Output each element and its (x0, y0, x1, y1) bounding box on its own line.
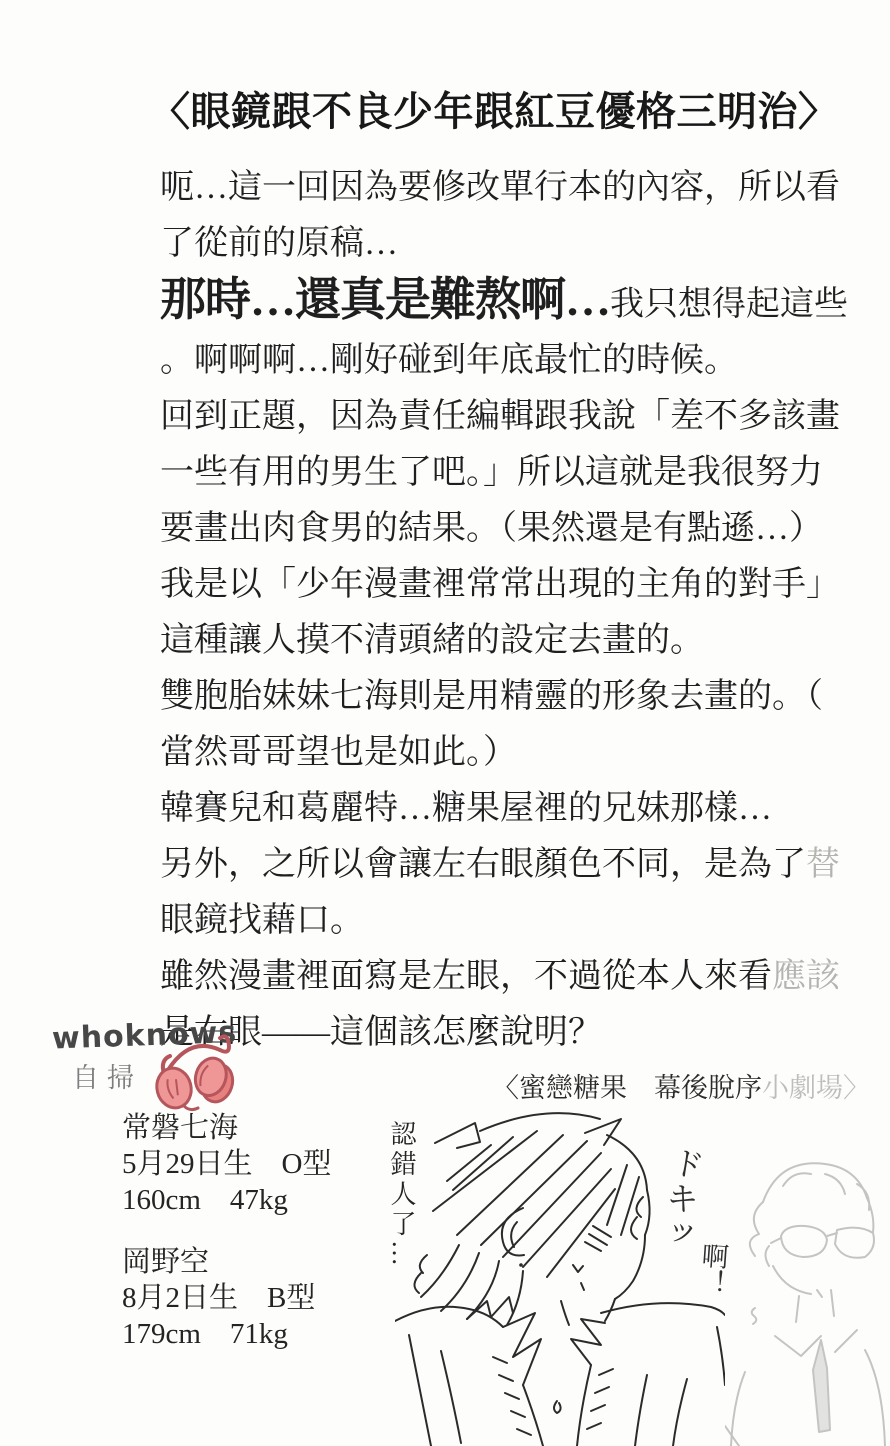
afterword-paragraph: 我是以「少年漫畫裡常常出現的主角的對手」這種讓人摸不清頭緒的設定去畫的。 (160, 557, 854, 669)
page-title: 〈眼鏡跟不良少年跟紅豆優格三明治〉 (150, 80, 862, 137)
afterword-paragraph: 韓賽兒和葛麗特…糖果屋裡的兄妹那樣… (160, 781, 854, 837)
watermark-subtitle: 自掃 (72, 1056, 142, 1095)
boy-sketch (395, 1095, 725, 1446)
theater-caption-fade: 小劇場〉 (762, 1073, 870, 1103)
character-profile: 岡野空 8月2日生 B型 179cm 71kg (122, 1244, 331, 1352)
afterword-paragraph: 另外，之所以會讓左右眼顏色不同，是為了替眼鏡找藉口。 (160, 837, 854, 949)
afterword-paragraph: 回到正題，因為責任編輯跟我說「差不多該畫一些有用的男生了吧。」所以這就是我很努力… (160, 389, 854, 557)
character-birth: 8月2日生 B型 (122, 1280, 331, 1316)
headphones-icon (140, 1030, 250, 1118)
character-profiles: 常磐七海 5月29日生 O型 160cm 47kg 岡野空 8月2日生 B型 1… (122, 1110, 331, 1378)
scanlation-watermark: whoknows 自掃 (52, 1018, 252, 1118)
afterword-paragraph: 雙胞胎妹妹七海則是用精靈的形象去畫的。（當然哥哥望也是如此。） (160, 669, 854, 781)
afterword-body: 呃…這一回因為要修改單行本的內容，所以看了從前的原稿…那時…還真是難熬啊…我只想… (160, 160, 854, 1061)
character-name: 常磐七海 (122, 1110, 331, 1146)
character-profile: 常磐七海 5月29日生 O型 160cm 47kg (122, 1110, 331, 1218)
character-birth: 5月29日生 O型 (122, 1146, 331, 1182)
glasses-boy-sketch (725, 1140, 890, 1446)
character-stats: 160cm 47kg (122, 1182, 331, 1218)
character-stats: 179cm 71kg (122, 1316, 331, 1352)
afterword-paragraph: 雖然漫畫裡面寫是左眼，不過從本人來看應該是右眼——這個該怎麼說明？ (160, 949, 854, 1061)
afterword-paragraph: 那時…還真是難熬啊…我只想得起這些。啊啊啊…剛好碰到年底最忙的時候。 (160, 272, 854, 389)
scanned-manga-afterword-page: 〈眼鏡跟不良少年跟紅豆優格三明治〉 呃…這一回因為要修改單行本的內容，所以看了從… (0, 0, 890, 1446)
afterword-paragraph: 呃…這一回因為要修改單行本的內容，所以看了從前的原稿… (160, 160, 854, 272)
character-name: 岡野空 (122, 1244, 331, 1280)
